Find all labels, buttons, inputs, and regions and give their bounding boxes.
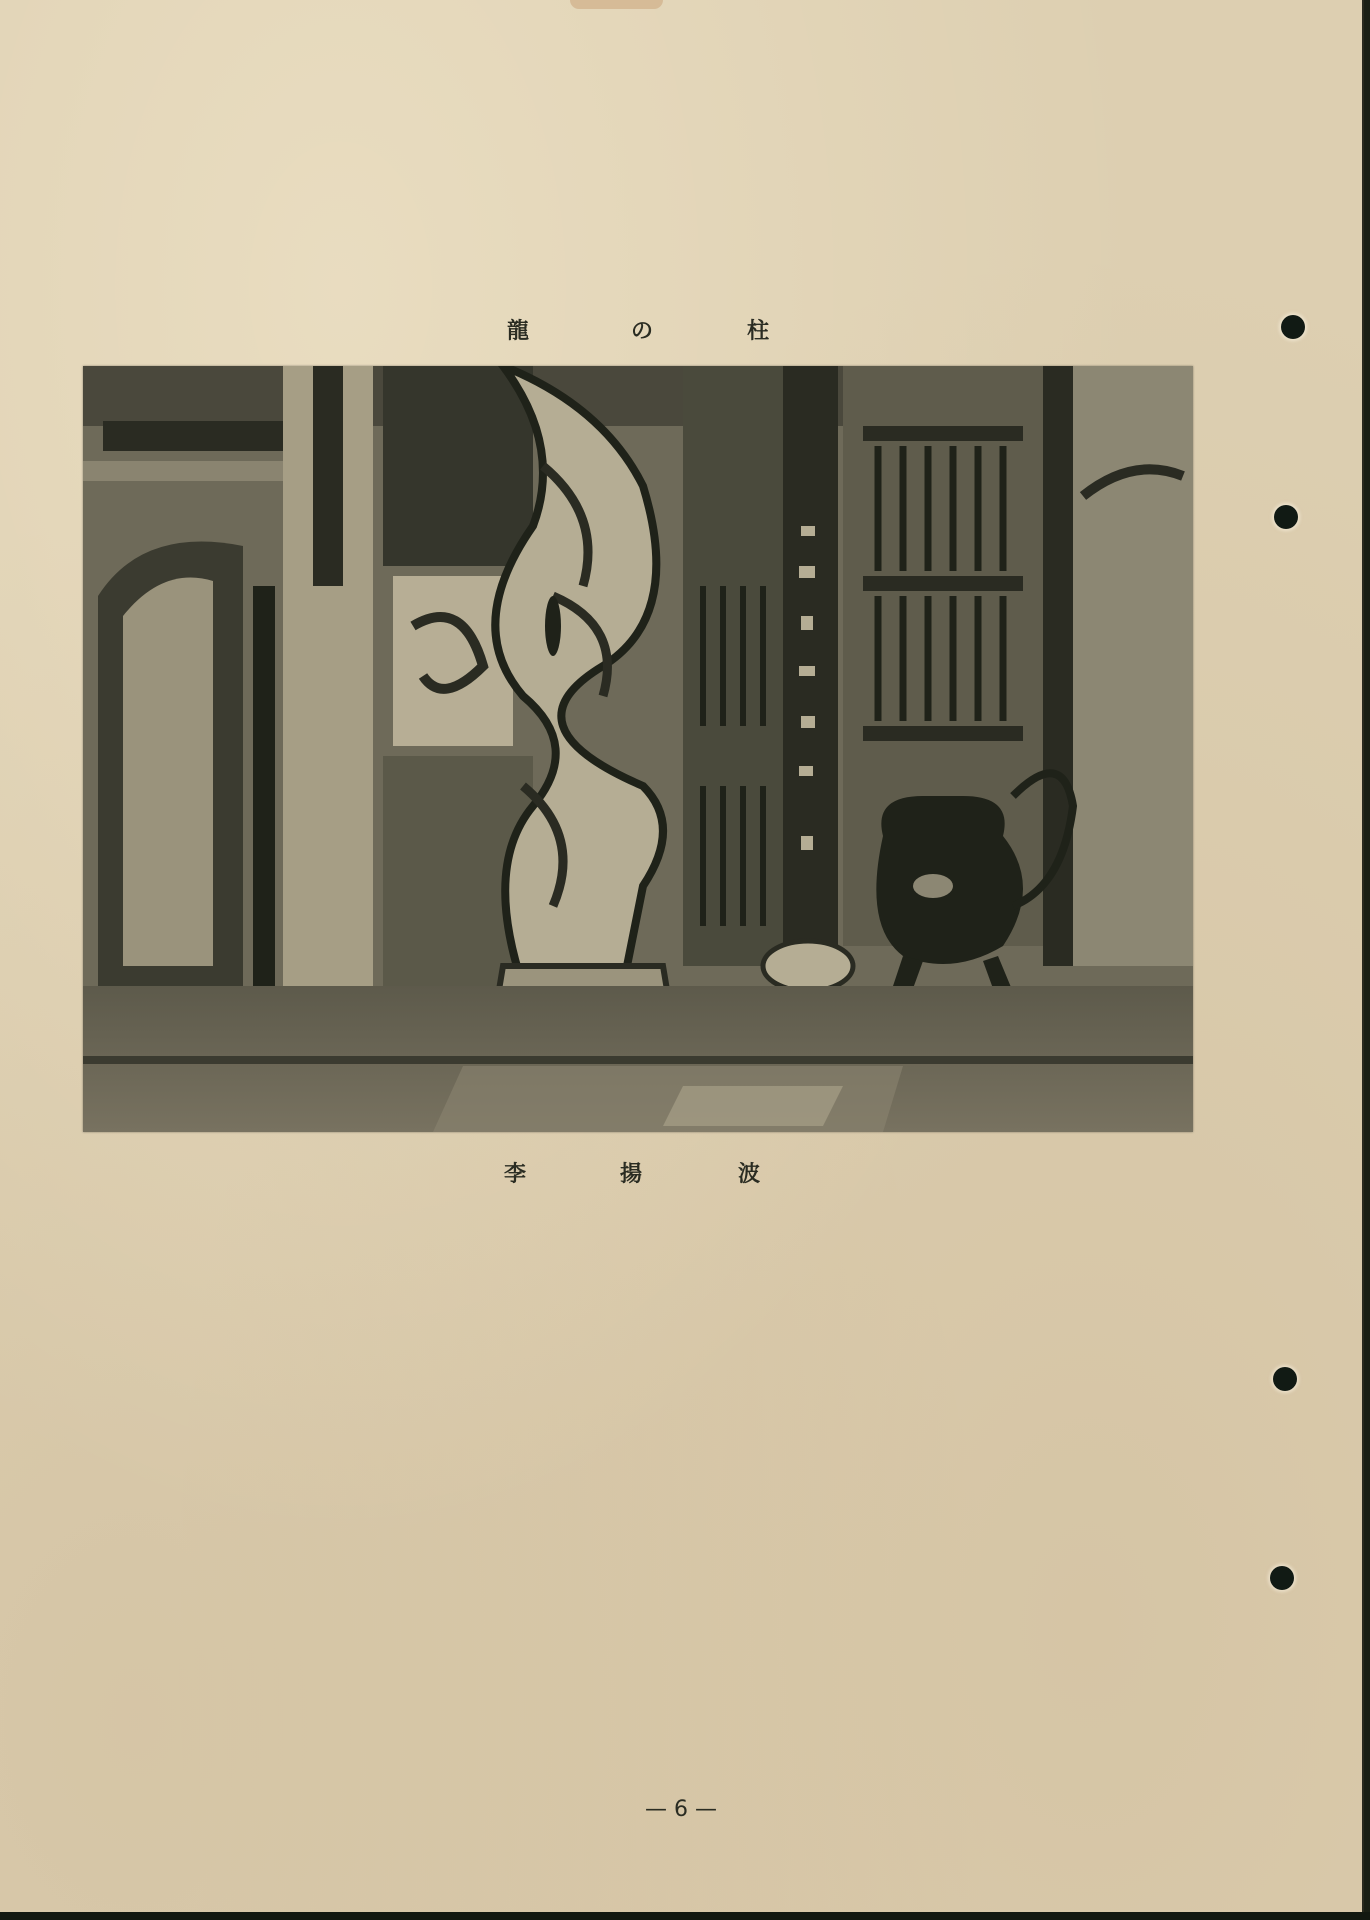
artwork-painting <box>83 366 1193 1132</box>
artist-char-3: 波 <box>738 1157 760 1188</box>
binder-hole-icon <box>1273 1367 1297 1391</box>
binder-hole-icon <box>1281 315 1305 339</box>
tape-mark <box>570 0 663 9</box>
title-char-2: の <box>631 314 653 345</box>
page-number: — 6 — <box>0 1797 1362 1822</box>
title-char-3: 柱 <box>747 314 769 345</box>
artist-char-1: 李 <box>504 1157 526 1188</box>
artwork-title: 龍 の 柱 <box>0 314 1362 354</box>
document-page: 龍 の 柱 <box>0 0 1364 1912</box>
dragon-pillar-painting-icon <box>83 366 1193 1132</box>
binder-hole-icon <box>1270 1566 1294 1590</box>
binder-hole-icon <box>1274 505 1298 529</box>
scan-edge <box>0 1912 1370 1920</box>
artist-name: 李 揚 波 <box>0 1157 1362 1197</box>
title-char-1: 龍 <box>507 314 529 345</box>
artist-char-2: 揚 <box>620 1157 642 1188</box>
